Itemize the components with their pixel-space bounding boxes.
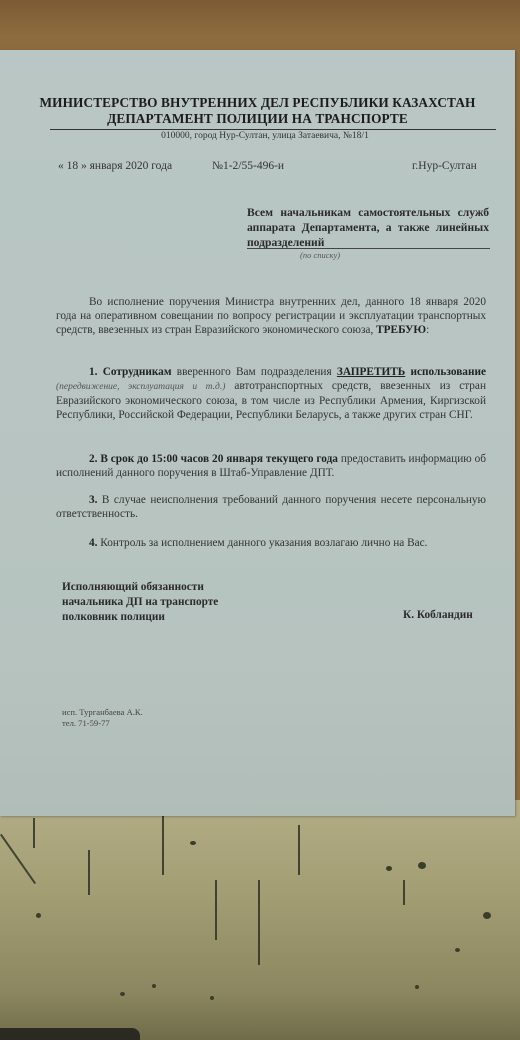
floor-spot [152, 984, 156, 988]
addressee-note: (по списку) [300, 250, 340, 260]
prohibit-keyword: ЗАПРЕТИТЬ [337, 366, 405, 378]
item-2-deadline: 2. В срок до 15:00 часов 20 января текущ… [89, 453, 338, 465]
floor-surface [0, 800, 520, 1040]
intro-end: : [426, 324, 429, 336]
floor-mark [88, 850, 90, 895]
item-1-text-a: вверенного Вам подразделения [172, 366, 337, 378]
floor-spot [386, 866, 392, 871]
signatory-title: Исполняющий обязанности начальника ДП на… [62, 580, 218, 625]
intro-paragraph: Во исполнение поручения Министра внутрен… [56, 295, 486, 337]
item-2: 2. В срок до 15:00 часов 20 января текущ… [56, 452, 486, 480]
floor-spot [210, 996, 214, 1000]
floor-spot [455, 948, 460, 952]
document-number: №1-2/55-496-и [212, 160, 284, 172]
executor-info: исп. Турганбаева А.К. тел. 71-59-77 [62, 707, 143, 729]
demand-keyword: ТРЕБУЮ [376, 324, 426, 336]
document-city: г.Нур-Султан [412, 160, 477, 172]
item-4: 4. Контроль за исполнением данного указа… [56, 536, 486, 550]
floor-mark [403, 880, 405, 905]
signatory-line-3: полковник полиции [62, 610, 218, 625]
executor-name: исп. Турганбаева А.К. [62, 707, 143, 718]
item-4-text: Контроль за исполнением данного указания… [97, 537, 427, 549]
floor-mark [258, 880, 260, 965]
floor-spot [418, 862, 426, 869]
item-1-label: 1. Сотрудникам [89, 366, 172, 378]
floor-mark [162, 815, 164, 875]
floor-spot [190, 841, 196, 845]
item-1-note: (передвижение, эксплуатация и т.д.) [56, 382, 225, 392]
floor-spot [36, 913, 41, 918]
signatory-line-1: Исполняющий обязанности [62, 580, 218, 595]
addressee-underline [247, 248, 490, 249]
item-1: 1. Сотрудникам вверенного Вам подразделе… [56, 365, 486, 422]
floor-spot [483, 912, 491, 919]
addressee-block: Всем начальникам самостоятельных служб а… [247, 205, 489, 250]
ministry-title: МИНИСТЕРСТВО ВНУТРЕННИХ ДЕЛ РЕСПУБЛИКИ К… [0, 95, 515, 111]
floor-mark [298, 825, 300, 875]
usage-keyword: использование [411, 366, 486, 378]
document-date: « 18 » января 2020 года [58, 160, 172, 172]
floor-spot [120, 992, 125, 996]
floor-mark [33, 818, 35, 848]
item-3-text: В случае неисполнения требований данного… [56, 494, 486, 520]
floor-spot [415, 985, 419, 989]
shadow [0, 1028, 140, 1040]
department-title: ДЕПАРТАМЕНТ ПОЛИЦИИ НА ТРАНСПОРТЕ [0, 111, 515, 127]
item-3: 3. В случае неисполнения требований данн… [56, 493, 486, 521]
floor-mark [215, 880, 217, 940]
signatory-name: К. Кобландин [403, 609, 473, 621]
department-address: 010000, город Нур-Султан, улица Затаевич… [0, 131, 520, 141]
header-divider [50, 129, 496, 130]
signatory-line-2: начальника ДП на транспорте [62, 595, 218, 610]
executor-phone: тел. 71-59-77 [62, 718, 143, 729]
